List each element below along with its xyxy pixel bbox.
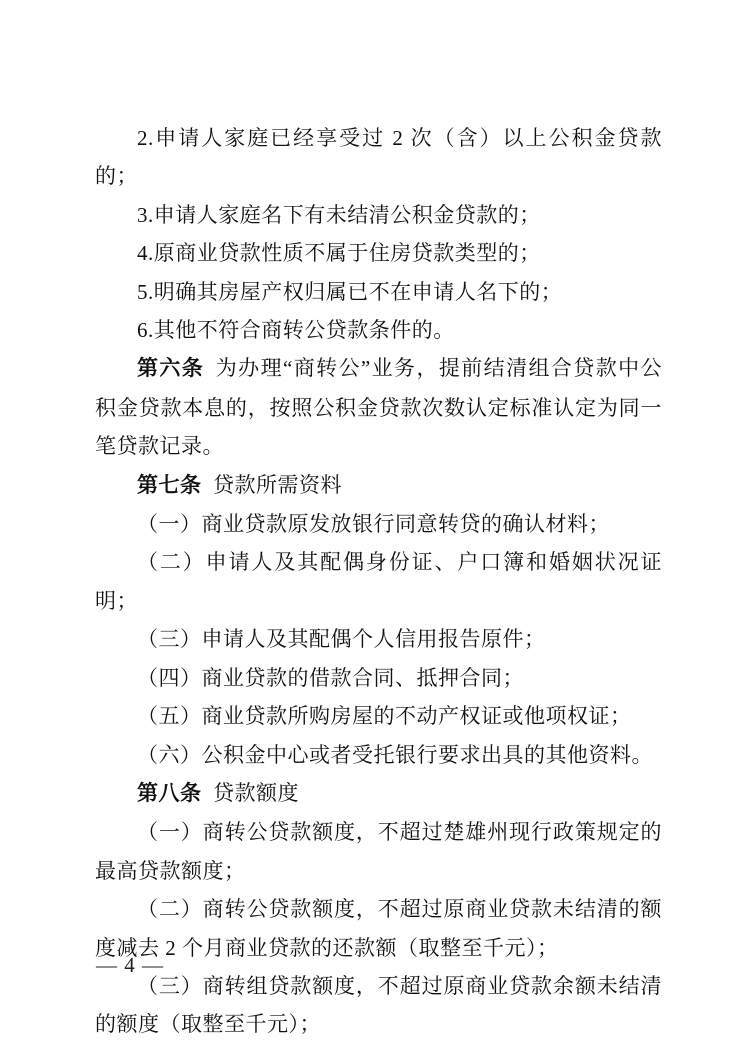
page-number: — 4 — (96, 951, 164, 979)
text-paragraph: （二）商转公贷款额度，不超过原商业贷款未结清的额度减去 2 个月商业贷款的还款额… (95, 890, 662, 967)
text-paragraph: （五）商业贷款所购房屋的不动产权证或他项权证； (95, 697, 662, 735)
article-number-label: 第八条 (137, 782, 202, 805)
article-paragraph: 第八条贷款额度 (95, 774, 662, 813)
text-paragraph: 6.其他不符合商转公贷款条件的。 (95, 311, 662, 349)
text-paragraph: （一）商转公贷款额度，不超过楚雄州现行政策规定的最高贷款额度； (95, 813, 662, 890)
text-paragraph: （六）公积金中心或者受托银行要求出具的其他资料。 (95, 736, 662, 774)
text-paragraph: 4.原商业贷款性质不属于住房贷款类型的； (95, 234, 662, 272)
text-paragraph: （二）申请人及其配偶身份证、户口簿和婚姻状况证明； (95, 543, 662, 620)
article-number-label: 第六条 (137, 357, 204, 380)
article-paragraph: 第七条贷款所需资料 (95, 466, 662, 505)
text-paragraph: （三）申请人及其配偶个人信用报告原件； (95, 620, 662, 658)
text-paragraph: （一）商业贷款原发放银行同意转贷的确认材料； (95, 505, 662, 543)
article-number-label: 第七条 (137, 474, 202, 497)
document-page: 2.申请人家庭已经享受过 2 次（含）以上公积金贷款的；3.申请人家庭名下有未结… (0, 0, 749, 1063)
text-paragraph: 5.明确其房屋产权归属已不在申请人名下的； (95, 273, 662, 311)
text-paragraph: （三）商转组贷款额度，不超过原商业贷款余额未结清的额度（取整至千元）； (95, 967, 662, 1044)
article-paragraph: 第六条为办理“商转公”业务，提前结清组合贷款中公积金贷款本息的，按照公积金贷款次… (95, 349, 662, 465)
text-paragraph: （四）商业贷款的借款合同、抵押合同； (95, 659, 662, 697)
document-body: 2.申请人家庭已经享受过 2 次（含）以上公积金贷款的；3.申请人家庭名下有未结… (95, 119, 662, 1044)
text-paragraph: 2.申请人家庭已经享受过 2 次（含）以上公积金贷款的； (95, 119, 662, 196)
text-paragraph: 3.申请人家庭名下有未结清公积金贷款的； (95, 196, 662, 234)
